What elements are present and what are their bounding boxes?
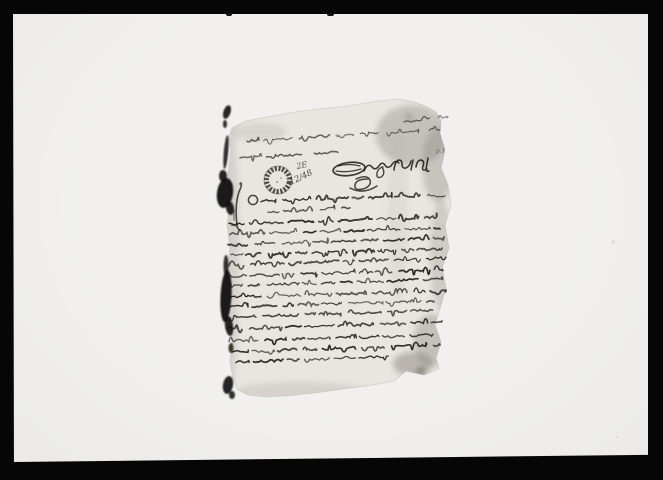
dust-specks (611, 240, 618, 438)
page-mark-annotation: p.1 (436, 147, 446, 155)
manuscript-render: 2E 12/48 p.1 (0, 0, 663, 480)
microfilm-frame: 2E 12/48 p.1 (0, 0, 663, 480)
